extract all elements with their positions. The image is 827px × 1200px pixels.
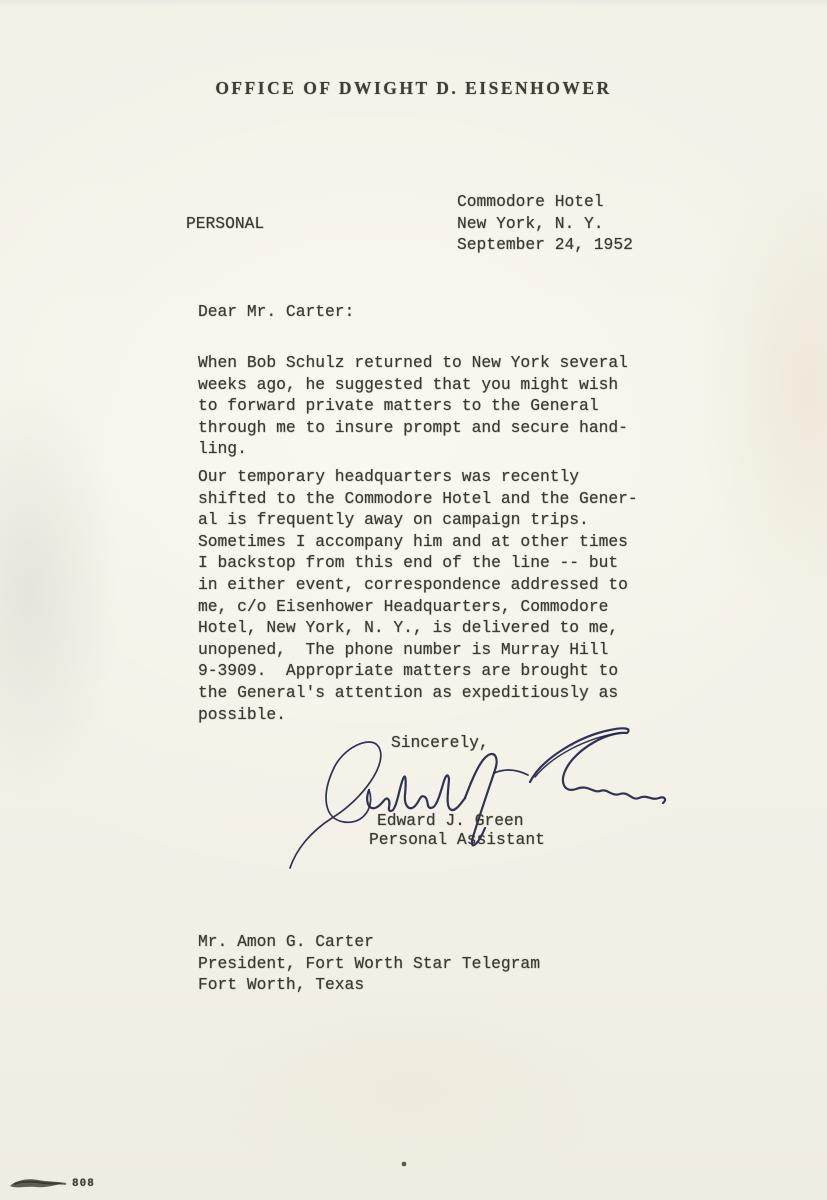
scan-speck — [402, 1162, 406, 1166]
body-line: me, c/o Eisenhower Headquarters, Commodo… — [198, 596, 638, 618]
sender-location-block: Commodore HotelNew York, N. Y.September … — [457, 191, 633, 256]
paper-stain — [200, 990, 620, 1190]
body-line: I backstop from this end of the line -- … — [198, 552, 638, 574]
signature-script — [278, 720, 678, 878]
salutation: Dear Mr. Carter: — [198, 301, 354, 323]
body-line: Sometimes I accompany him and at other t… — [198, 531, 638, 553]
paragraph-1: When Bob Schulz returned to New York sev… — [198, 352, 628, 460]
body-line: al is frequently away on campaign trips. — [198, 509, 638, 531]
stamp-number: 808 — [72, 1178, 95, 1190]
body-line: in either event, correspondence addresse… — [198, 574, 638, 596]
recipient-name: Mr. Amon G. Carter — [198, 931, 540, 953]
body-line: through me to insure prompt and secure h… — [198, 417, 628, 439]
scanned-letter-page: OFFICE OF DWIGHT D. EISENHOWER PERSONAL … — [0, 0, 827, 1200]
body-line: 9-3909. Appropriate matters are brought … — [198, 660, 638, 682]
recipient-address-block: Mr. Amon G. CarterPresident, Fort Worth … — [198, 931, 540, 996]
body-line: ling. — [198, 438, 628, 460]
body-line: shifted to the Commodore Hotel and the G… — [198, 488, 638, 510]
recipient-city: Fort Worth, Texas — [198, 974, 540, 996]
body-line: unopened, The phone number is Murray Hil… — [198, 639, 638, 661]
body-line: Our temporary headquarters was recently — [198, 466, 638, 488]
sender-city: New York, N. Y. — [457, 213, 633, 235]
body-line: the General's attention as expeditiously… — [198, 682, 638, 704]
letter-date: September 24, 1952 — [457, 234, 633, 256]
classification-label: PERSONAL — [186, 213, 264, 235]
sender-hotel: Commodore Hotel — [457, 191, 633, 213]
paragraph-2: Our temporary headquarters was recentlys… — [198, 466, 638, 725]
letterhead-title: OFFICE OF DWIGHT D. EISENHOWER — [0, 78, 827, 99]
body-line: weeks ago, he suggested that you might w… — [198, 374, 628, 396]
stamp-scribble-icon — [8, 1172, 72, 1196]
body-line: to forward private matters to the Genera… — [198, 395, 628, 417]
body-line: When Bob Schulz returned to New York sev… — [198, 352, 628, 374]
corner-stamp: 808 — [8, 1172, 118, 1198]
body-line: Hotel, New York, N. Y., is delivered to … — [198, 617, 638, 639]
recipient-title: President, Fort Worth Star Telegram — [198, 953, 540, 975]
paper-stain — [0, 380, 120, 800]
paper-stain — [700, 140, 827, 640]
signer-title: Personal Assistant — [369, 829, 545, 851]
